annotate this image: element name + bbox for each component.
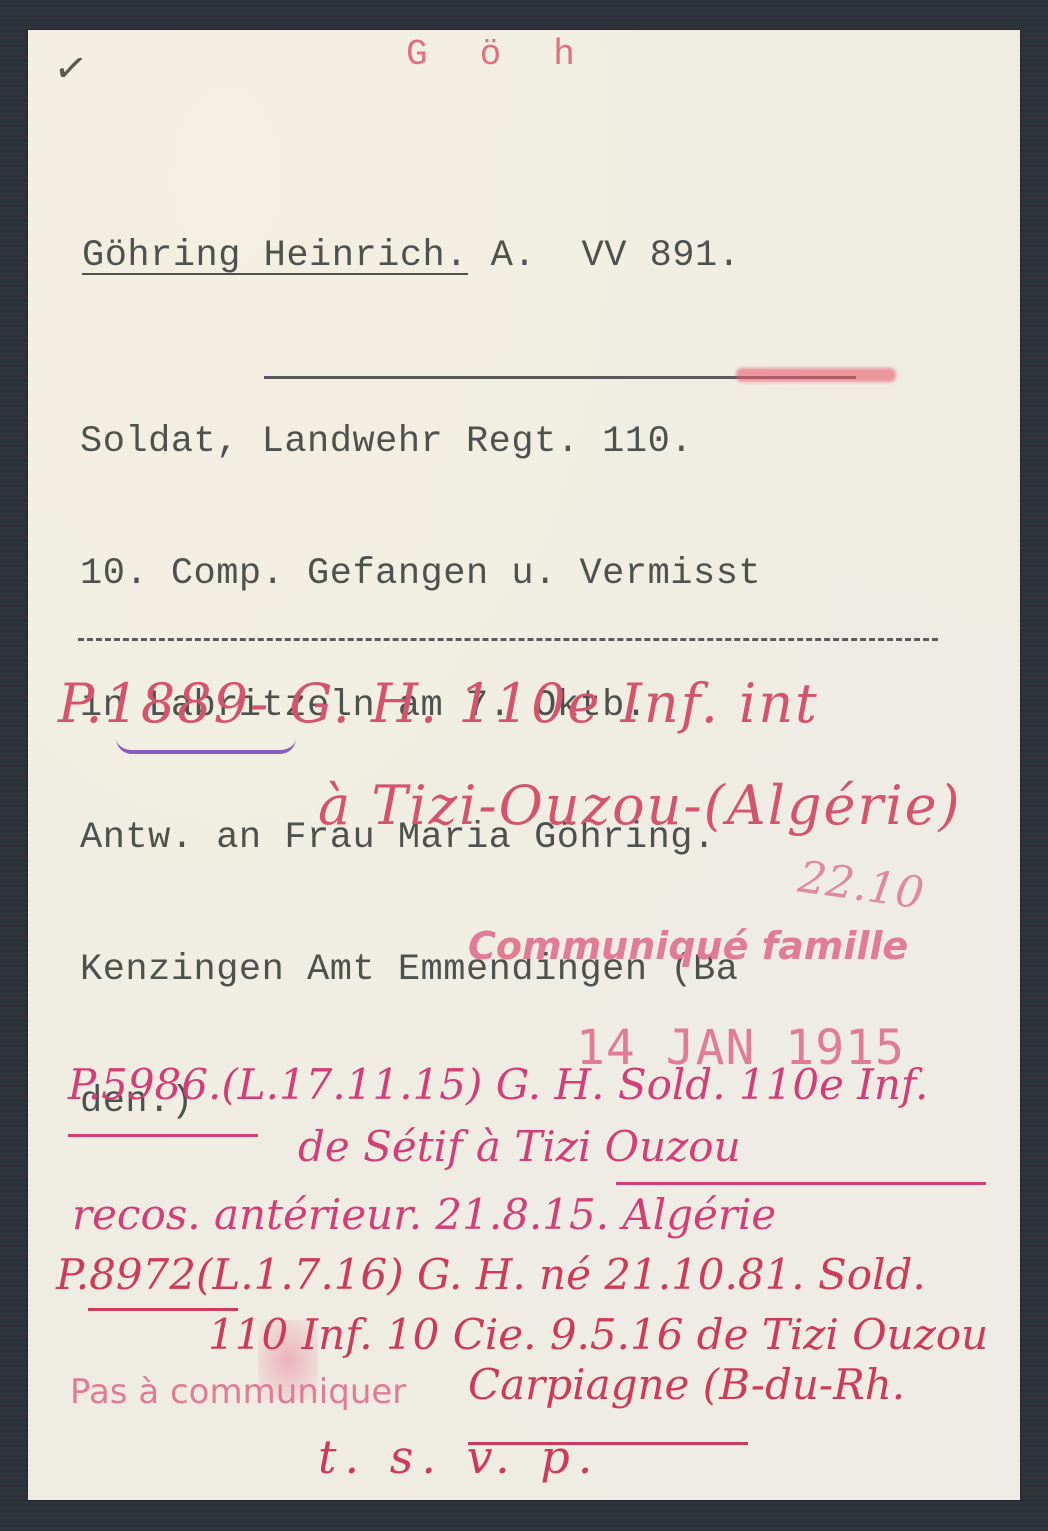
note-2-location-underline [616,1182,986,1185]
note-2-underline [68,1134,258,1137]
handwritten-note-2-line-1: P.5986.(L.17.11.15) G. H. Sold. 110e Inf… [68,1060,928,1109]
handwritten-note-2-line-2: de Sétif à Tizi Ouzou [298,1122,741,1171]
note-3-pto-underline [468,1442,748,1445]
purple-underline [116,738,296,754]
dashed-separator [78,638,938,641]
handwritten-note-3-line-4: t. s. v. p. [318,1430,600,1484]
index-card: ✓ Göh Göhring Heinrich. A. VV 891. Solda… [28,30,1020,1500]
soldier-name: Göhring Heinrich. [82,235,468,277]
check-mark-icon: ✓ [51,44,91,94]
handwritten-note-3-line-2: 110 Inf. 10 Cie. 9.5.16 de Tizi Ouzou [208,1310,988,1359]
typed-line-2: 10. Comp. Gefangen u. Vermisst [80,552,761,596]
index-letters: Göh [406,34,627,75]
handwritten-note-2-line-3: recos. antérieur. 21.8.15. Algérie [72,1190,776,1239]
typed-name-line: Göhring Heinrich. A. VV 891. [82,234,740,278]
stamp-pas-a-communiquer: Pas à communiquer [70,1372,406,1412]
reference-number: A. VV 891. [468,235,740,277]
handwritten-note-1-line-2: à Tizi-Ouzou-(Algérie) [318,774,962,837]
handwritten-note-3-line-1: P.8972(L.1.7.16) G. H. né 21.10.81. Sold… [56,1250,926,1299]
handwritten-note-3-line-3: Carpiagne (B-du-Rh. [468,1360,905,1409]
handwritten-note-1-date: 22.10 [795,851,927,919]
typed-line-1: Soldat, Landwehr Regt. 110. [80,420,761,464]
red-pencil-mark [736,368,896,382]
stamp-communique-famille: Communiqué famille [468,924,908,968]
handwritten-note-1-line-1: P.1889- G. H. 110e Inf. int [58,672,819,735]
